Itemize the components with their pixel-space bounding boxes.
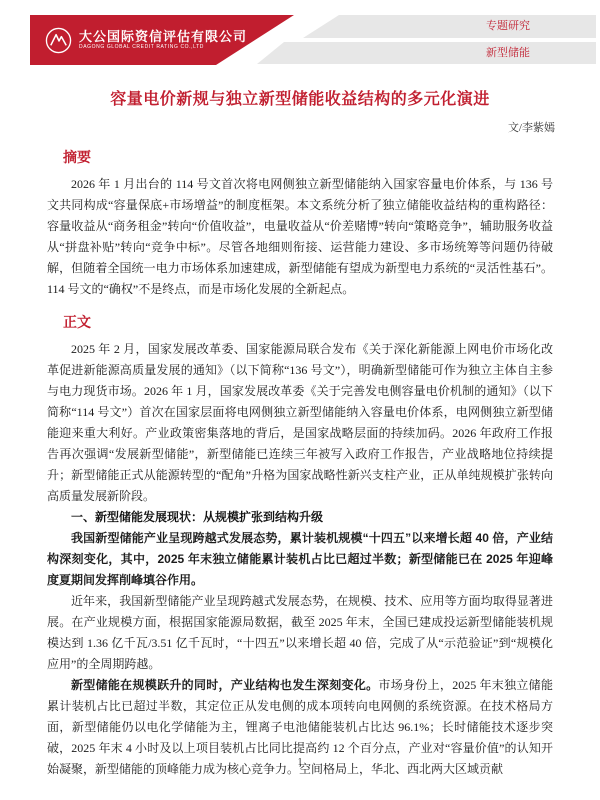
brand-banner: 大公国际资信评估有限公司 DAGONG GLOBAL CREDIT RATING… (30, 15, 294, 65)
abstract-heading: 摘要 (63, 147, 553, 167)
page-number: 1 (0, 757, 600, 768)
body-paragraph-1: 2025 年 2 月，国家发展改革委、国家能源局联合发布《关于深化新能源上网电价… (47, 339, 553, 507)
section1-heading: 一、新型储能发展现状：从规模扩张到结构升级 (47, 507, 553, 528)
report-topic-label: 新型储能 (486, 47, 530, 59)
section1-paragraph-2: 近年来，我国新型储能产业呈现跨越式发展态势，在规模、技术、应用等方面均取得显著进… (47, 591, 553, 675)
report-type-banner: 专题研究 (303, 15, 596, 38)
article-content: 摘要 2026 年 1 月出台的 114 号文首次将电网侧独立新型储能纳入国家容… (47, 147, 553, 780)
section1-paragraph-3-lead: 新型储能在规模跃升的同时，产业结构也发生深刻变化。 (71, 678, 378, 692)
article-byline: 文/李紫嫣 (0, 119, 555, 135)
dagong-logo-icon (45, 27, 72, 54)
report-type-label: 专题研究 (486, 20, 530, 32)
report-page: 大公国际资信评估有限公司 DAGONG GLOBAL CREDIT RATING… (0, 0, 600, 800)
brand-name-cn: 大公国际资信评估有限公司 (79, 30, 247, 44)
main-text-heading: 正文 (63, 312, 553, 332)
page-header: 大公国际资信评估有限公司 DAGONG GLOBAL CREDIT RATING… (0, 0, 600, 70)
abstract-paragraph: 2026 年 1 月出台的 114 号文首次将电网侧独立新型储能纳入国家容量电价… (47, 174, 553, 300)
brand-name-en: DAGONG GLOBAL CREDIT RATING CO.,LTD (79, 45, 247, 50)
section1-paragraph-1: 我国新型储能产业呈现跨越式发展态势，累计装机规模“十四五”以来增长超 40 倍，… (47, 528, 553, 591)
article-title: 容量电价新规与独立新型储能收益结构的多元化演进 (0, 86, 600, 109)
brand-text-block: 大公国际资信评估有限公司 DAGONG GLOBAL CREDIT RATING… (79, 30, 247, 51)
report-topic-banner: 新型储能 (257, 42, 596, 64)
